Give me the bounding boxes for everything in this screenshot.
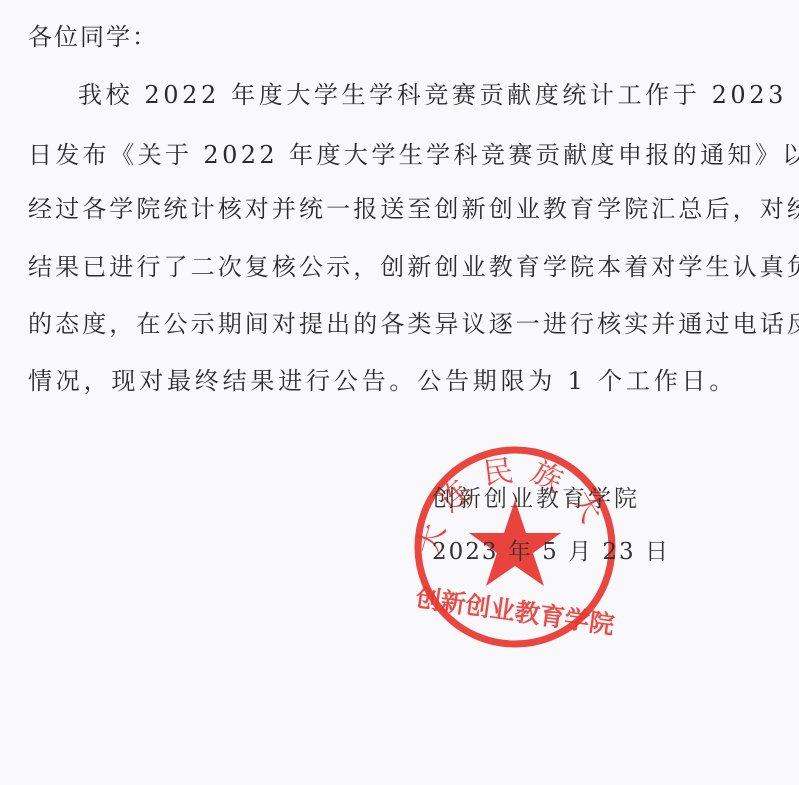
notice-document: 各位同学： 我校 2022 年度大学生学科竞赛贡献度统计工作于 2023 年 3… — [0, 0, 799, 785]
issuer-name: 创新创业教育学院 — [432, 480, 640, 513]
paragraph-line-4: 结果已进行了二次复核公示，创新创业教育学院本着对学生认真负责 — [28, 252, 799, 282]
paragraph-line-3: 经过各学院统计核对并统一报送至创新创业教育学院汇总后，对统计 — [28, 194, 799, 224]
paragraph-line-1: 我校 2022 年度大学生学科竞赛贡献度统计工作于 2023 年 3 月 15 — [78, 80, 799, 110]
paragraph-line-6: 情况，现对最终结果进行公告。公告期限为 1 个工作日。 — [28, 366, 737, 396]
paragraph-line-2: 日发布《关于 2022 年度大学生学科竞赛贡献度申报的通知》以来， — [28, 140, 799, 170]
greeting: 各位同学： — [28, 22, 158, 52]
seal-inner-text: 创新创业教育学院 — [413, 583, 616, 640]
paragraph-line-5: 的态度，在公示期间对提出的各类异议逐一进行核实并通过电话反馈 — [28, 309, 799, 339]
issue-date: 2023 年 5 月 23 日 — [432, 533, 670, 566]
